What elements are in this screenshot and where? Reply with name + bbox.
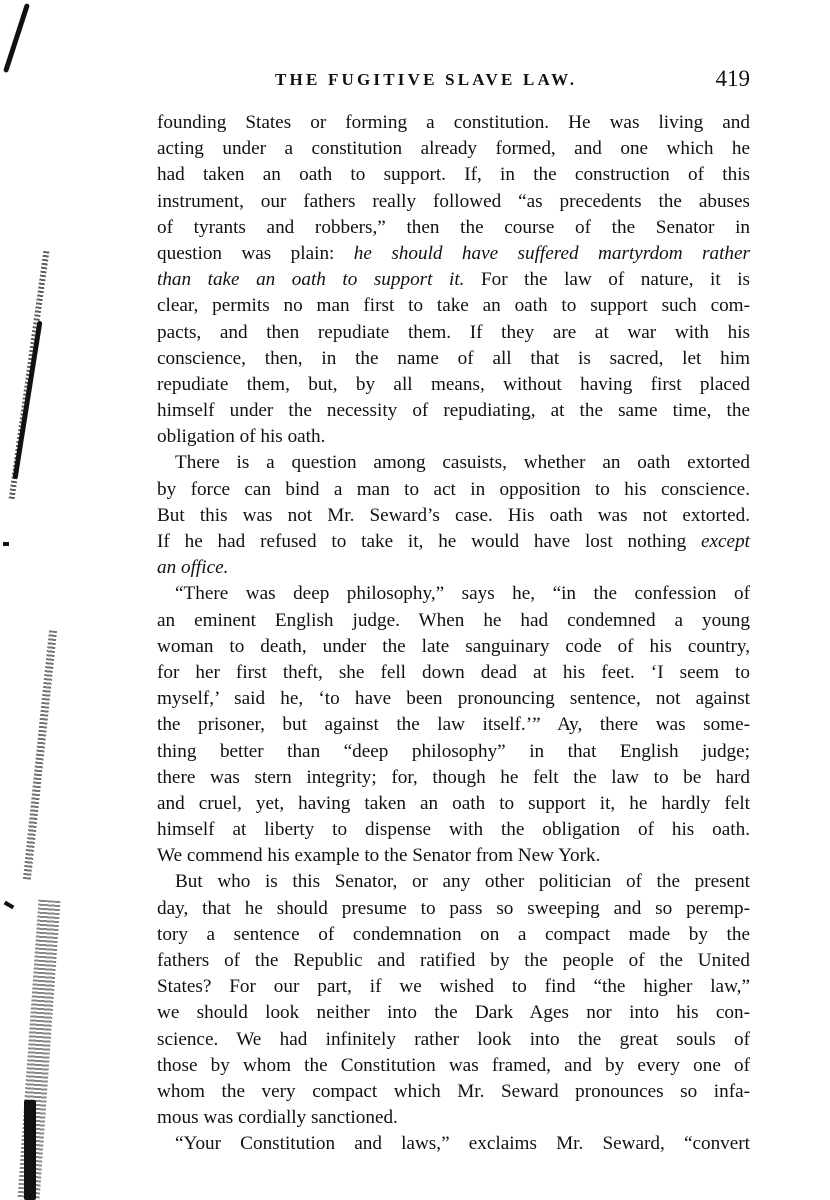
scan-edge-mark: [3, 542, 9, 546]
scan-edge-mark: [3, 3, 30, 73]
text-line: had taken an oath to support. If, in the…: [157, 162, 750, 188]
text-line: himself under the necessity of repudiati…: [157, 398, 750, 424]
text-segment: mous was cordially sanctioned.: [157, 1107, 398, 1128]
text-segment: woman to death, under the late sanguinar…: [157, 636, 750, 657]
text-segment: science. We had infinitely rather look i…: [157, 1029, 750, 1050]
text-segment: For the law of nature, it is: [464, 269, 750, 290]
text-line: those by whom the Constitution was frame…: [157, 1053, 750, 1079]
text-line: thing better than “deep philosophy” in t…: [157, 739, 750, 765]
text-line: there was stern integrity; for, though h…: [157, 765, 750, 791]
text-segment: tory a sentence of condemnation on a com…: [157, 924, 750, 945]
text-segment: instrument, our fathers really followed …: [157, 191, 750, 212]
text-segment: for her first theft, she fell down dead …: [157, 662, 750, 683]
text-line: myself,’ said he, ‘to have been pronounc…: [157, 686, 750, 712]
text-segment: there was stern integrity; for, though h…: [157, 767, 750, 788]
text-segment: thing better than “deep philosophy” in t…: [157, 741, 750, 762]
text-line: pacts, and then repudiate them. If they …: [157, 320, 750, 346]
text-line: There is a question among casuists, whet…: [157, 450, 750, 476]
text-segment: But who is this Senator, or any other po…: [175, 871, 750, 892]
running-head: THE FUGITIVE SLAVE LAW. 419: [157, 66, 750, 96]
text-line: an eminent English judge. When he had co…: [157, 608, 750, 634]
text-line: But who is this Senator, or any other po…: [157, 869, 750, 895]
scan-edge-mark: [24, 1100, 36, 1200]
text-line: If he had refused to take it, he would h…: [157, 529, 750, 555]
text-line: woman to death, under the late sanguinar…: [157, 634, 750, 660]
text-segment: clear, permits no man first to take an o…: [157, 295, 750, 316]
text-segment: We commend his example to the Senator fr…: [157, 845, 600, 866]
text-segment: But this was not Mr. Seward’s case. His …: [157, 505, 750, 526]
text-segment: of tyrants and robbers,” then the course…: [157, 217, 750, 238]
italic-text: he should have suffered martyrdom rather: [354, 243, 750, 264]
text-segment: States? For our part, if we wished to fi…: [157, 976, 750, 997]
text-line: day, that he should presume to pass so s…: [157, 896, 750, 922]
page-number: 419: [716, 66, 751, 92]
text-segment: repudiate them, but, by all means, witho…: [157, 374, 750, 395]
text-segment: himself at liberty to dispense with the …: [157, 819, 750, 840]
text-line: science. We had infinitely rather look i…: [157, 1027, 750, 1053]
italic-text: an office.: [157, 557, 228, 578]
text-segment: by force can bind a man to act in opposi…: [157, 479, 750, 500]
body-text: founding States or forming a constitutio…: [157, 110, 750, 1158]
text-line: by force can bind a man to act in opposi…: [157, 477, 750, 503]
book-page: THE FUGITIVE SLAVE LAW. 419 founding Sta…: [0, 0, 830, 1200]
text-line: for her first theft, she fell down dead …: [157, 660, 750, 686]
text-segment: pacts, and then repudiate them. If they …: [157, 322, 750, 343]
text-line: an office.: [157, 555, 750, 581]
text-segment: those by whom the Constitution was frame…: [157, 1055, 750, 1076]
text-line: of tyrants and robbers,” then the course…: [157, 215, 750, 241]
running-title: THE FUGITIVE SLAVE LAW.: [275, 70, 577, 90]
text-line: States? For our part, if we wished to fi…: [157, 974, 750, 1000]
text-segment: If he had refused to take it, he would h…: [157, 531, 701, 552]
text-segment: the prisoner, but against the law itself…: [157, 714, 750, 735]
text-line: we should look neither into the Dark Age…: [157, 1000, 750, 1026]
text-segment: There is a question among casuists, whet…: [175, 452, 750, 473]
text-line: himself at liberty to dispense with the …: [157, 817, 750, 843]
text-line: repudiate them, but, by all means, witho…: [157, 372, 750, 398]
text-line: instrument, our fathers really followed …: [157, 189, 750, 215]
text-line: than take an oath to support it. For the…: [157, 267, 750, 293]
text-segment: we should look neither into the Dark Age…: [157, 1002, 750, 1023]
text-segment: himself under the necessity of repudiati…: [157, 400, 750, 421]
scan-edge-mark: [23, 630, 57, 879]
text-line: obligation of his oath.: [157, 424, 750, 450]
text-line: acting under a constitution already form…: [157, 136, 750, 162]
text-segment: obligation of his oath.: [157, 426, 325, 447]
text-line: We commend his example to the Senator fr…: [157, 843, 750, 869]
text-segment: “Your Constitution and laws,” exclaims M…: [175, 1133, 750, 1154]
scan-edge-mark: [4, 901, 15, 909]
text-segment: day, that he should presume to pass so s…: [157, 898, 750, 919]
text-line: fathers of the Republic and ratified by …: [157, 948, 750, 974]
text-segment: and cruel, yet, having taken an oath to …: [157, 793, 750, 814]
text-line: founding States or forming a constitutio…: [157, 110, 750, 136]
text-segment: myself,’ said he, ‘to have been pronounc…: [157, 688, 750, 709]
text-segment: had taken an oath to support. If, in the…: [157, 164, 750, 185]
text-segment: fathers of the Republic and ratified by …: [157, 950, 750, 971]
text-line: “Your Constitution and laws,” exclaims M…: [157, 1131, 750, 1157]
italic-text: than take an oath to support it.: [157, 269, 464, 290]
text-segment: an eminent English judge. When he had co…: [157, 610, 750, 631]
text-line: “There was deep philosophy,” says he, “i…: [157, 581, 750, 607]
text-segment: question was plain:: [157, 243, 354, 264]
text-line: mous was cordially sanctioned.: [157, 1105, 750, 1131]
text-line: clear, permits no man first to take an o…: [157, 293, 750, 319]
text-segment: acting under a constitution already form…: [157, 138, 750, 159]
scan-edge-mark: [13, 321, 43, 480]
text-line: But this was not Mr. Seward’s case. His …: [157, 503, 750, 529]
text-line: the prisoner, but against the law itself…: [157, 712, 750, 738]
text-line: whom the very compact which Mr. Seward p…: [157, 1079, 750, 1105]
text-segment: “There was deep philosophy,” says he, “i…: [175, 583, 750, 604]
italic-text: except: [701, 531, 750, 552]
text-line: and cruel, yet, having taken an oath to …: [157, 791, 750, 817]
text-segment: founding States or forming a constitutio…: [157, 112, 750, 133]
text-line: conscience, then, in the name of all tha…: [157, 346, 750, 372]
text-segment: conscience, then, in the name of all tha…: [157, 348, 750, 369]
text-segment: whom the very compact which Mr. Seward p…: [157, 1081, 750, 1102]
text-line: question was plain: he should have suffe…: [157, 241, 750, 267]
text-line: tory a sentence of condemnation on a com…: [157, 922, 750, 948]
